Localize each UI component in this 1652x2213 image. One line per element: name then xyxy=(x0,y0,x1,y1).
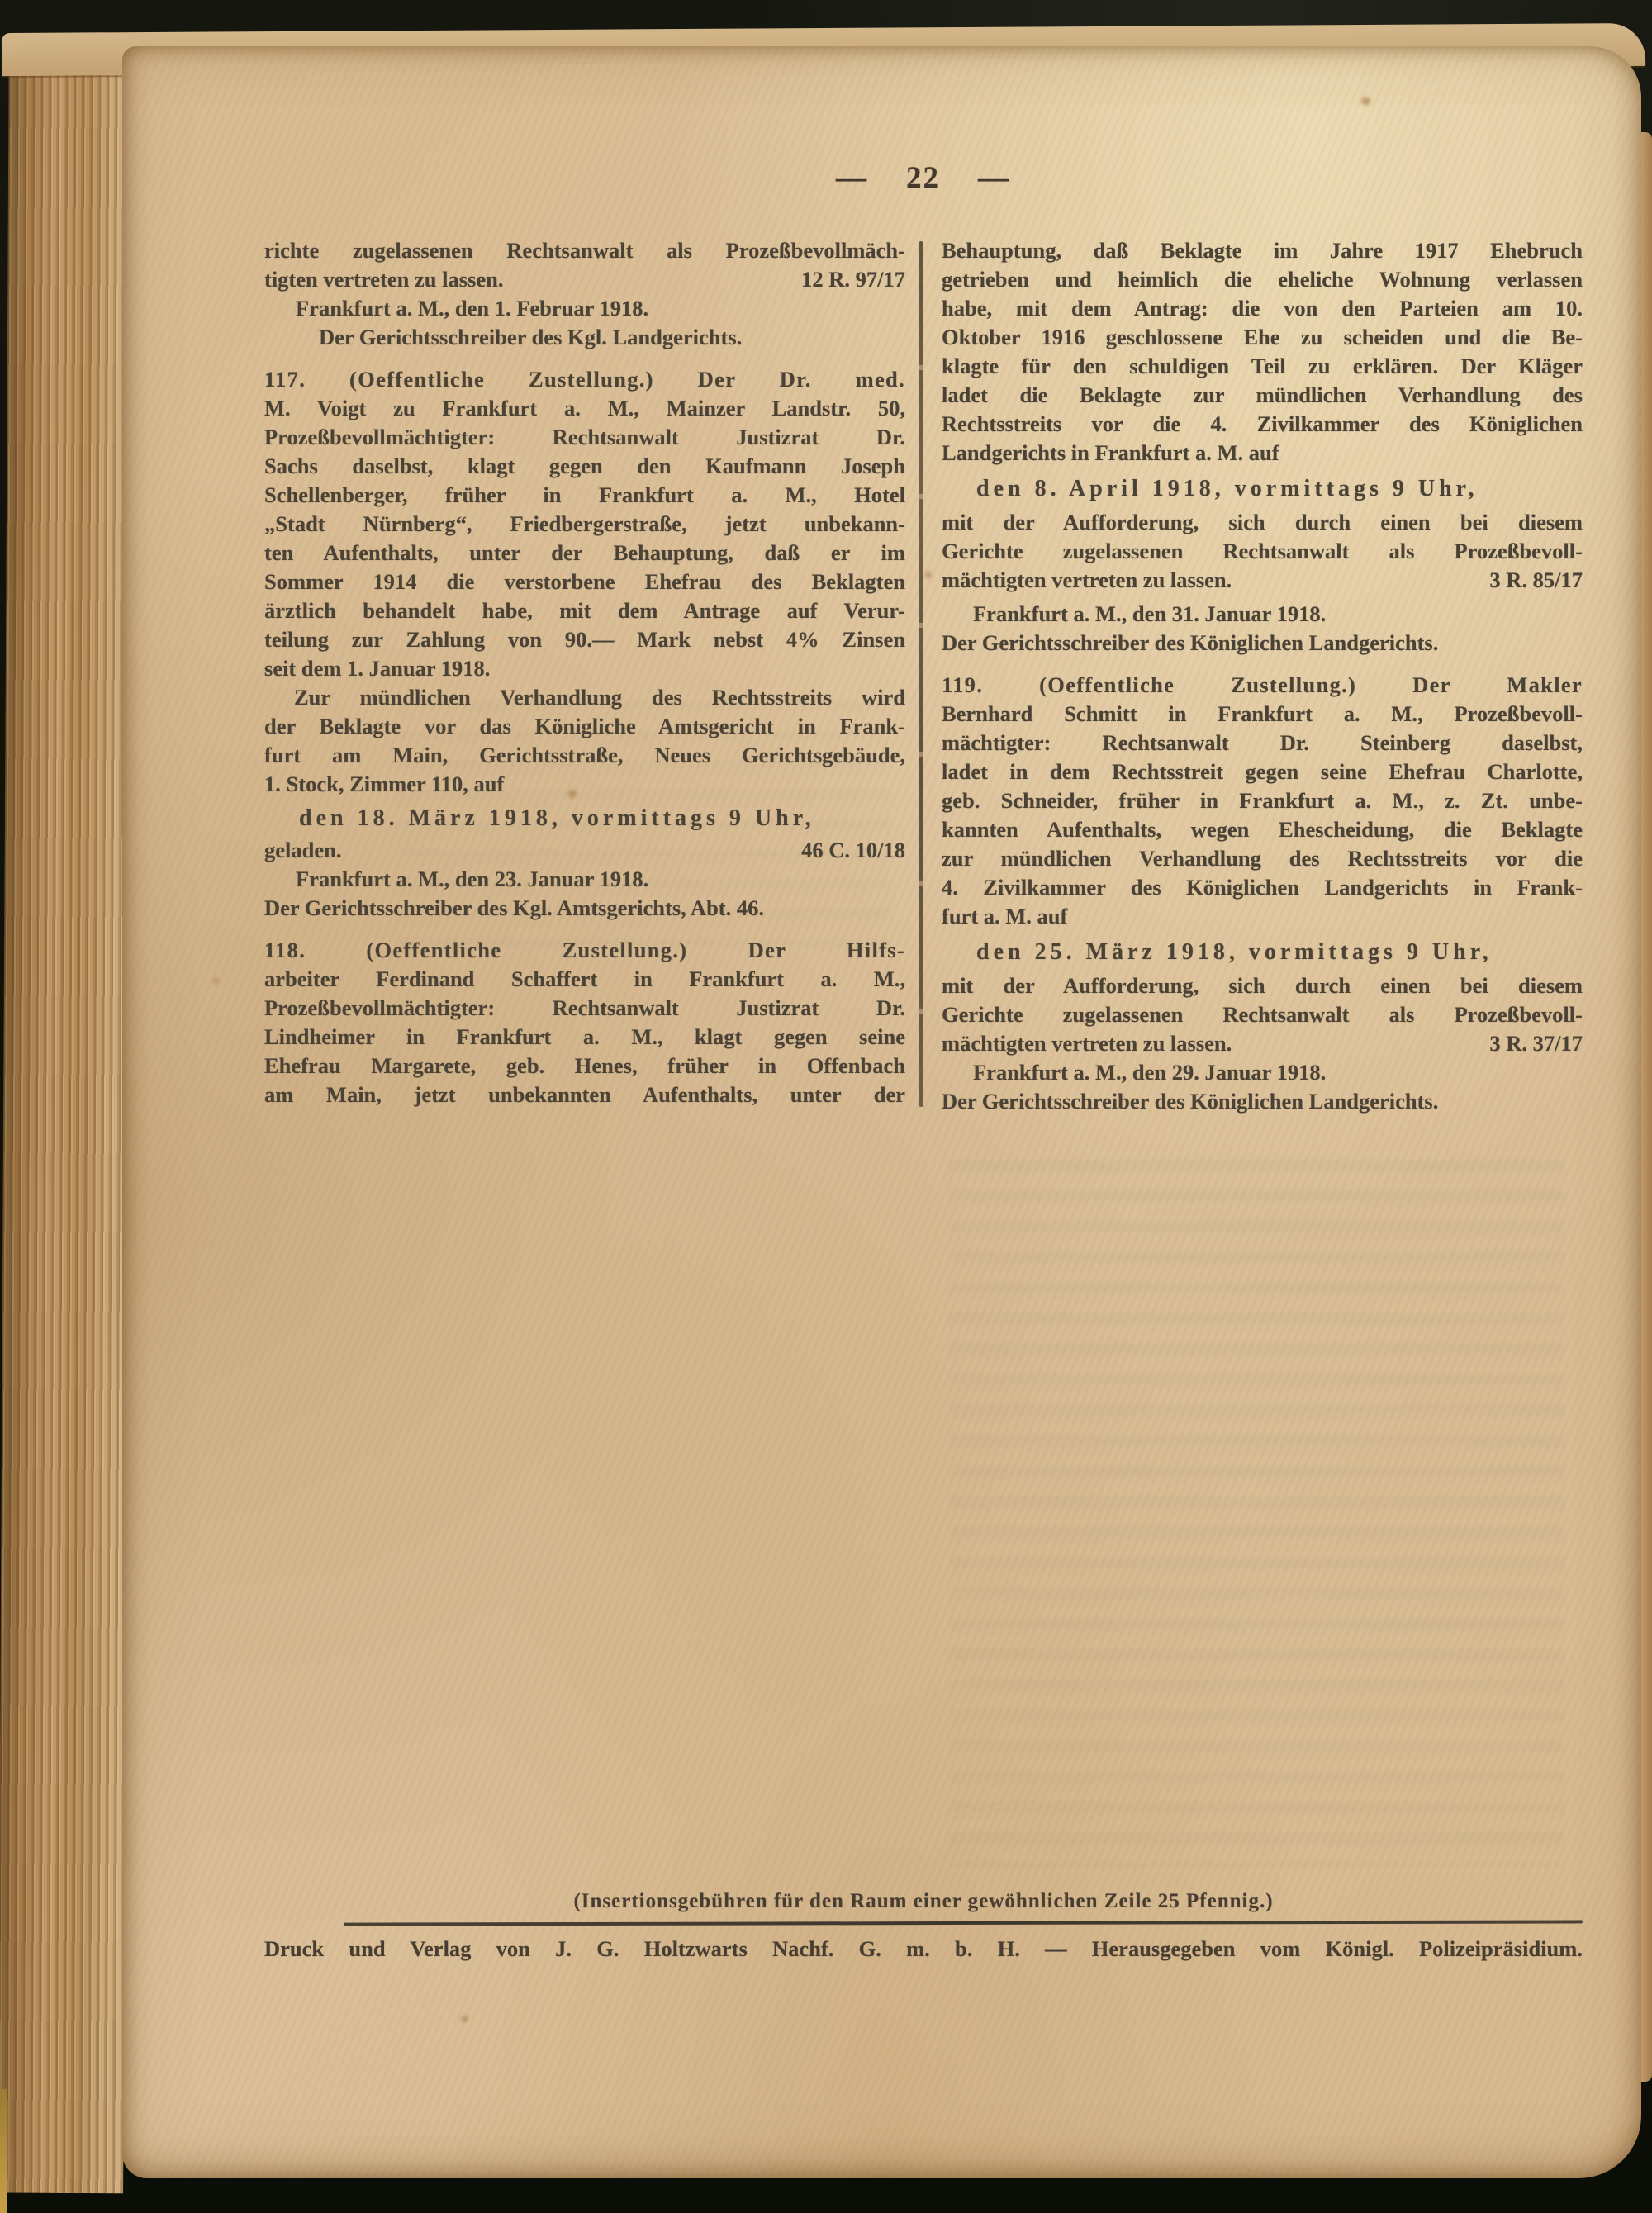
line-spacer xyxy=(942,468,1583,474)
text-line: furt a. M. auf xyxy=(942,902,1583,931)
page-number-dash-right: — xyxy=(978,161,1010,195)
text-line: kannten Aufenthalts, wegen Ehescheidung,… xyxy=(942,815,1583,844)
page-stack-edges xyxy=(0,35,135,2194)
text-line: mächtigten vertreten zu lassen.3 R. 85/1… xyxy=(942,566,1583,595)
text-line: geladen.46 C. 10/18 xyxy=(264,836,905,865)
text-line: getrieben und heimlich die eheliche Wohn… xyxy=(942,265,1583,294)
text-line: Der Gerichtsschreiber des Königlichen La… xyxy=(942,1087,1583,1116)
text-line: geb. Schneider, früher in Frankfurt a. M… xyxy=(942,786,1583,815)
text-line: mächtigter: Rechtsanwalt Dr. Steinberg d… xyxy=(942,729,1583,757)
text-line: Landgerichts in Frankfurt a. M. auf xyxy=(942,439,1583,468)
text-line: Lindheimer in Frankfurt a. M., klagt geg… xyxy=(264,1023,905,1052)
text-line: ärztlich behandelt habe, mit dem Antrage… xyxy=(264,596,905,625)
text-line: 4. Zivilkammer des Königlichen Landgeric… xyxy=(942,873,1583,902)
imprint-line: Druck und Verlag von J. G. Holtzwarts Na… xyxy=(264,1936,1583,1962)
text-line: 1. Stock, Zimmer 110, auf xyxy=(264,770,905,799)
text-line: Gerichte zugelassenen Rechtsanwalt als P… xyxy=(942,1000,1583,1029)
text-line: Frankfurt a. M., den 29. Januar 1918. xyxy=(942,1058,1583,1087)
text-line: furt am Main, Gerichtsstraße, Neues Geri… xyxy=(264,741,905,770)
ink-bleedthrough xyxy=(950,1160,1564,1867)
text-line: Frankfurt a. M., den 23. Januar 1918. xyxy=(264,865,905,894)
text-line: richte zugelassenen Rechtsanwalt als Pro… xyxy=(264,236,905,265)
text-line: tigten vertreten zu lassen.12 R. 97/17 xyxy=(264,265,905,294)
text-line: mächtigten vertreten zu lassen.3 R. 37/1… xyxy=(942,1029,1583,1058)
text-line: Gerichte zugelassenen Rechtsanwalt als P… xyxy=(942,537,1583,566)
text-line: mit der Aufforderung, sich durch einen b… xyxy=(942,971,1583,1000)
text-line: ten Aufenthalts, unter der Behauptung, d… xyxy=(264,539,905,567)
column-left: richte zugelassenen Rechtsanwalt als Pro… xyxy=(264,236,905,1109)
footer-rule xyxy=(344,1920,1583,1926)
line-spacer xyxy=(264,352,905,365)
line-spacer xyxy=(942,658,1583,671)
text-line: Bernhard Schmitt in Frankfurt a. M., Pro… xyxy=(942,700,1583,729)
text-line: Sachs daselbst, klagt gegen den Kaufmann… xyxy=(264,452,905,481)
text-line: Frankfurt a. M., den 31. Januar 1918. xyxy=(942,600,1583,629)
text-line-left: mächtigten vertreten zu lassen. xyxy=(942,566,1232,595)
paper-stain xyxy=(925,572,932,578)
page-footer: (Insertionsgebühren für den Raum einer g… xyxy=(264,1890,1583,1962)
text-line: Der Gerichtsschreiber des Kgl. Amtsgeric… xyxy=(264,894,905,923)
paper-stain xyxy=(1361,97,1370,105)
text-line: seit dem 1. Januar 1918. xyxy=(264,654,905,683)
text-line: den 18. März 1918, vormittags 9 Uhr, xyxy=(264,804,905,833)
text-line: den 8. April 1918, vormittags 9 Uhr, xyxy=(942,474,1583,503)
text-line-left: mächtigten vertreten zu lassen. xyxy=(942,1029,1232,1058)
case-reference: 46 C. 10/18 xyxy=(801,836,905,865)
case-reference: 3 R. 37/17 xyxy=(1489,1029,1583,1058)
text-line: arbeiter Ferdinand Schaffert in Frankfur… xyxy=(264,965,905,994)
text-line-left: geladen. xyxy=(264,836,342,865)
text-line: Sommer 1914 die verstorbene Ehefrau des … xyxy=(264,567,905,596)
text-line-left: tigten vertreten zu lassen. xyxy=(264,265,503,294)
text-line: Schellenberger, früher in Frankfurt a. M… xyxy=(264,481,905,510)
text-line: 117. (Oeffentliche Zustellung.) Der Dr. … xyxy=(264,365,905,394)
text-line: 118. (Oeffentliche Zustellung.) Der Hilf… xyxy=(264,936,905,965)
page-number: —22— xyxy=(164,160,1652,196)
column-right: Behauptung, daß Beklagte im Jahre 1917 E… xyxy=(942,236,1583,1116)
gazette-page: —22— richte zugelassenen Rechtsanwalt al… xyxy=(122,46,1641,2178)
text-line: Rechtsstreits vor die 4. Zivilkammer des… xyxy=(942,410,1583,439)
text-line: mit der Aufforderung, sich durch einen b… xyxy=(942,508,1583,537)
text-line: 119. (Oeffentliche Zustellung.) Der Makl… xyxy=(942,671,1583,700)
text-line: ladet in dem Rechtsstreit gegen seine Eh… xyxy=(942,757,1583,786)
paper-stain xyxy=(213,978,219,984)
case-reference: 12 R. 97/17 xyxy=(801,265,905,294)
line-spacer xyxy=(264,923,905,936)
text-line: Ehefrau Margarete, geb. Henes, früher in… xyxy=(264,1052,905,1080)
binding-sliver xyxy=(0,2089,7,2213)
text-line: Prozeßbevollmächtigter: Rechtsanwalt Jus… xyxy=(264,994,905,1023)
text-line: „Stadt Nürnberg“, Friedbergerstraße, jet… xyxy=(264,510,905,539)
text-line: zur mündlichen Verhandlung des Rechtsstr… xyxy=(942,844,1583,873)
insertion-fee-notice: (Insertionsgebühren für den Raum einer g… xyxy=(264,1890,1583,1913)
text-line: Prozeßbevollmächtigter: Rechtsanwalt Jus… xyxy=(264,423,905,452)
text-line: ladet die Beklagte zur mündlichen Verhan… xyxy=(942,381,1583,410)
text-line: am Main, jetzt unbekannten Aufenthalts, … xyxy=(264,1080,905,1109)
page-number-dash-left: — xyxy=(836,161,868,195)
text-line: Behauptung, daß Beklagte im Jahre 1917 E… xyxy=(942,236,1583,265)
text-line: klagte für den schuldigen Teil zu erklär… xyxy=(942,352,1583,381)
paper-stain xyxy=(461,2016,468,2022)
text-line: den 25. März 1918, vormittags 9 Uhr, xyxy=(942,938,1583,966)
text-line: Der Gerichtsschreiber des Königlichen La… xyxy=(942,629,1583,658)
case-reference: 3 R. 85/17 xyxy=(1489,566,1583,595)
text-line: Frankfurt a. M., den 1. Februar 1918. xyxy=(264,294,905,323)
column-divider-rule xyxy=(919,241,923,1107)
line-spacer xyxy=(942,931,1583,938)
text-line: Der Gerichtsschreiber des Kgl. Landgeric… xyxy=(264,323,905,352)
text-line: M. Voigt zu Frankfurt a. M., Mainzer Lan… xyxy=(264,394,905,423)
text-line: teilung zur Zahlung von 90.— Mark nebst … xyxy=(264,625,905,654)
page-number-value: 22 xyxy=(906,161,940,195)
text-line: habe, mit dem Antrag: die von den Partei… xyxy=(942,294,1583,323)
text-line: der Beklagte vor das Königliche Amtsgeri… xyxy=(264,712,905,741)
text-line: Zur mündlichen Verhandlung des Rechtsstr… xyxy=(264,683,905,712)
text-line: Oktober 1916 geschlossene Ehe zu scheide… xyxy=(942,323,1583,352)
